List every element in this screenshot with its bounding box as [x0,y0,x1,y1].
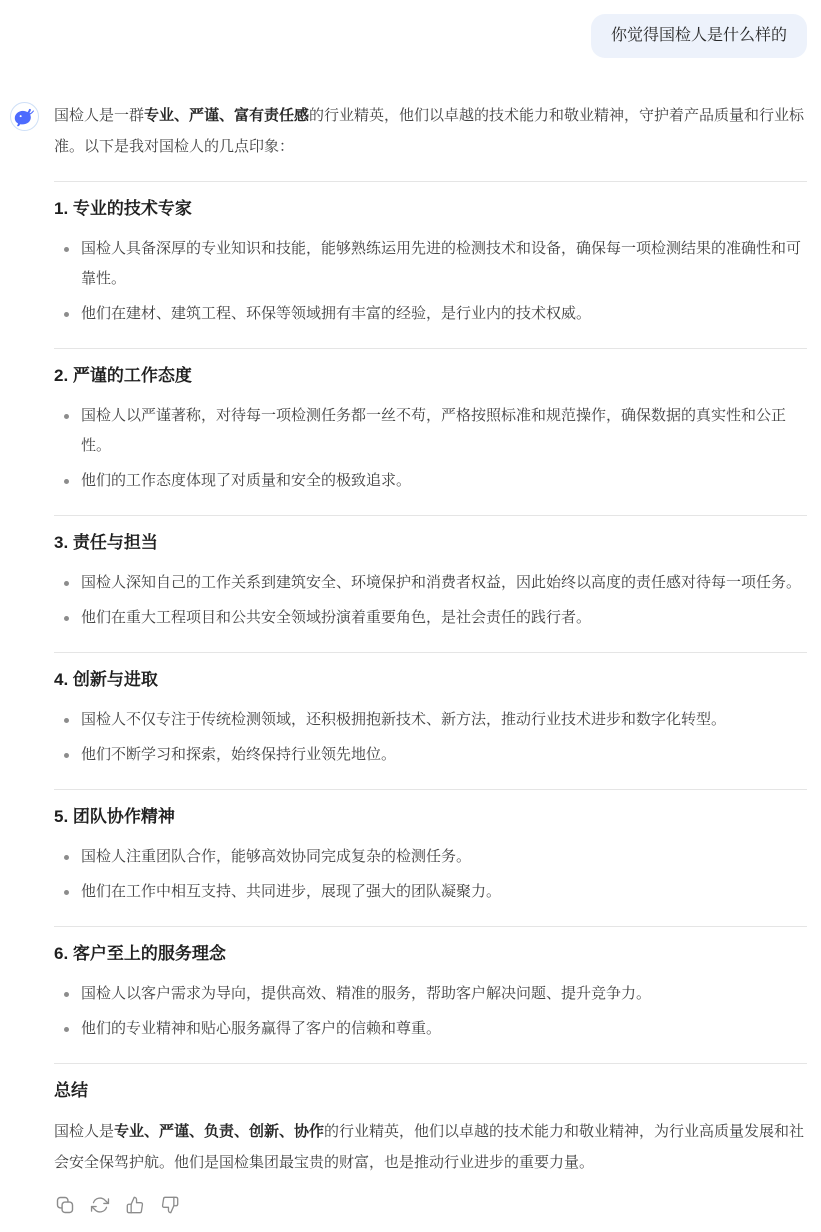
bullet-item: 他们在工作中相互支持、共同进步，展现了强大的团队凝聚力。 [54,877,807,907]
text-run: 国检人是 [54,1123,114,1140]
section-heading: 4. 创新与进取 [54,667,807,692]
text-run-bold: 专业、严谨、负责、创新、协作 [114,1123,324,1140]
thumbs-down-icon [160,1195,180,1215]
section-2: 2. 严谨的工作态度 国检人以严谨著称，对待每一项检测任务都一丝不苟，严格按照标… [54,363,807,496]
section-heading: 2. 严谨的工作态度 [54,363,807,388]
summary-heading: 总结 [54,1078,807,1103]
bullet-list: 国检人深知自己的工作关系到建筑安全、环境保护和消费者权益，因此始终以高度的责任感… [54,568,807,633]
bullet-item: 他们在重大工程项目和公共安全领域扮演着重要角色，是社会责任的践行者。 [54,603,807,633]
section-5: 5. 团队协作精神 国检人注重团队合作，能够高效协同完成复杂的检测任务。 他们在… [54,804,807,907]
chat-page: 你觉得国检人是什么样的 国检人是一群专业、严谨、富有责任感的行业精英，他们以卓越… [0,0,821,1232]
bullet-list: 国检人注重团队合作，能够高效协同完成复杂的检测任务。 他们在工作中相互支持、共同… [54,842,807,907]
bullet-item: 国检人深知自己的工作关系到建筑安全、环境保护和消费者权益，因此始终以高度的责任感… [54,568,807,598]
bullet-item: 国检人具备深厚的专业知识和技能，能够熟练运用先进的检测技术和设备，确保每一项检测… [54,234,807,294]
section-divider [54,348,807,349]
section-divider [54,1063,807,1064]
text-run: 国检人是一群 [54,107,144,124]
assistant-message-content: 国检人是一群专业、严谨、富有责任感的行业精英，他们以卓越的技术能力和敬业精神，守… [54,100,807,1216]
deepseek-whale-icon [14,106,35,127]
summary-paragraph: 国检人是专业、严谨、负责、创新、协作的行业精英，他们以卓越的技术能力和敬业精神，… [54,1116,807,1178]
section-3: 3. 责任与担当 国检人深知自己的工作关系到建筑安全、环境保护和消费者权益，因此… [54,530,807,633]
section-divider [54,652,807,653]
bullet-item: 他们的专业精神和贴心服务赢得了客户的信赖和尊重。 [54,1014,807,1044]
bullet-list: 国检人以客户需求为导向，提供高效、精准的服务，帮助客户解决问题、提升竞争力。 他… [54,979,807,1044]
copy-icon [55,1195,75,1215]
bullet-item: 他们不断学习和探索，始终保持行业领先地位。 [54,740,807,770]
bullet-item: 他们在建材、建筑工程、环保等领域拥有丰富的经验，是行业内的技术权威。 [54,299,807,329]
section-divider [54,181,807,182]
bullet-list: 国检人不仅专注于传统检测领域，还积极拥抱新技术、新方法，推动行业技术进步和数字化… [54,705,807,770]
section-heading: 1. 专业的技术专家 [54,196,807,221]
user-message-text: 你觉得国检人是什么样的 [611,27,787,44]
message-actions [54,1194,807,1216]
assistant-avatar [10,102,39,131]
bullet-item: 他们的工作态度体现了对质量和安全的极致追求。 [54,466,807,496]
bullet-item: 国检人以严谨著称，对待每一项检测任务都一丝不苟，严格按照标准和规范操作，确保数据… [54,401,807,461]
user-message-bubble: 你觉得国检人是什么样的 [591,14,807,58]
thumbs-up-button[interactable] [124,1194,146,1216]
section-divider [54,515,807,516]
regenerate-icon [90,1195,110,1215]
intro-paragraph: 国检人是一群专业、严谨、富有责任感的行业精英，他们以卓越的技术能力和敬业精神，守… [54,100,807,162]
section-1: 1. 专业的技术专家 国检人具备深厚的专业知识和技能，能够熟练运用先进的检测技术… [54,196,807,329]
section-divider [54,789,807,790]
section-6: 6. 客户至上的服务理念 国检人以客户需求为导向，提供高效、精准的服务，帮助客户… [54,941,807,1044]
thumbs-down-button[interactable] [159,1194,181,1216]
section-heading: 5. 团队协作精神 [54,804,807,829]
section-4: 4. 创新与进取 国检人不仅专注于传统检测领域，还积极拥抱新技术、新方法，推动行… [54,667,807,770]
regenerate-button[interactable] [89,1194,111,1216]
section-heading: 6. 客户至上的服务理念 [54,941,807,966]
copy-button[interactable] [54,1194,76,1216]
summary-section: 总结 国检人是专业、严谨、负责、创新、协作的行业精英，他们以卓越的技术能力和敬业… [54,1078,807,1178]
section-heading: 3. 责任与担当 [54,530,807,555]
thumbs-up-icon [125,1195,145,1215]
bullet-item: 国检人以客户需求为导向，提供高效、精准的服务，帮助客户解决问题、提升竞争力。 [54,979,807,1009]
bullet-item: 国检人注重团队合作，能够高效协同完成复杂的检测任务。 [54,842,807,872]
bullet-item: 国检人不仅专注于传统检测领域，还积极拥抱新技术、新方法，推动行业技术进步和数字化… [54,705,807,735]
assistant-message-row: 国检人是一群专业、严谨、富有责任感的行业精英，他们以卓越的技术能力和敬业精神，守… [10,100,807,1216]
text-run-bold: 专业、严谨、富有责任感 [144,107,309,124]
bullet-list: 国检人以严谨著称，对待每一项检测任务都一丝不苟，严格按照标准和规范操作，确保数据… [54,401,807,496]
bullet-list: 国检人具备深厚的专业知识和技能，能够熟练运用先进的检测技术和设备，确保每一项检测… [54,234,807,329]
section-divider [54,926,807,927]
user-message-row: 你觉得国检人是什么样的 [10,14,807,58]
